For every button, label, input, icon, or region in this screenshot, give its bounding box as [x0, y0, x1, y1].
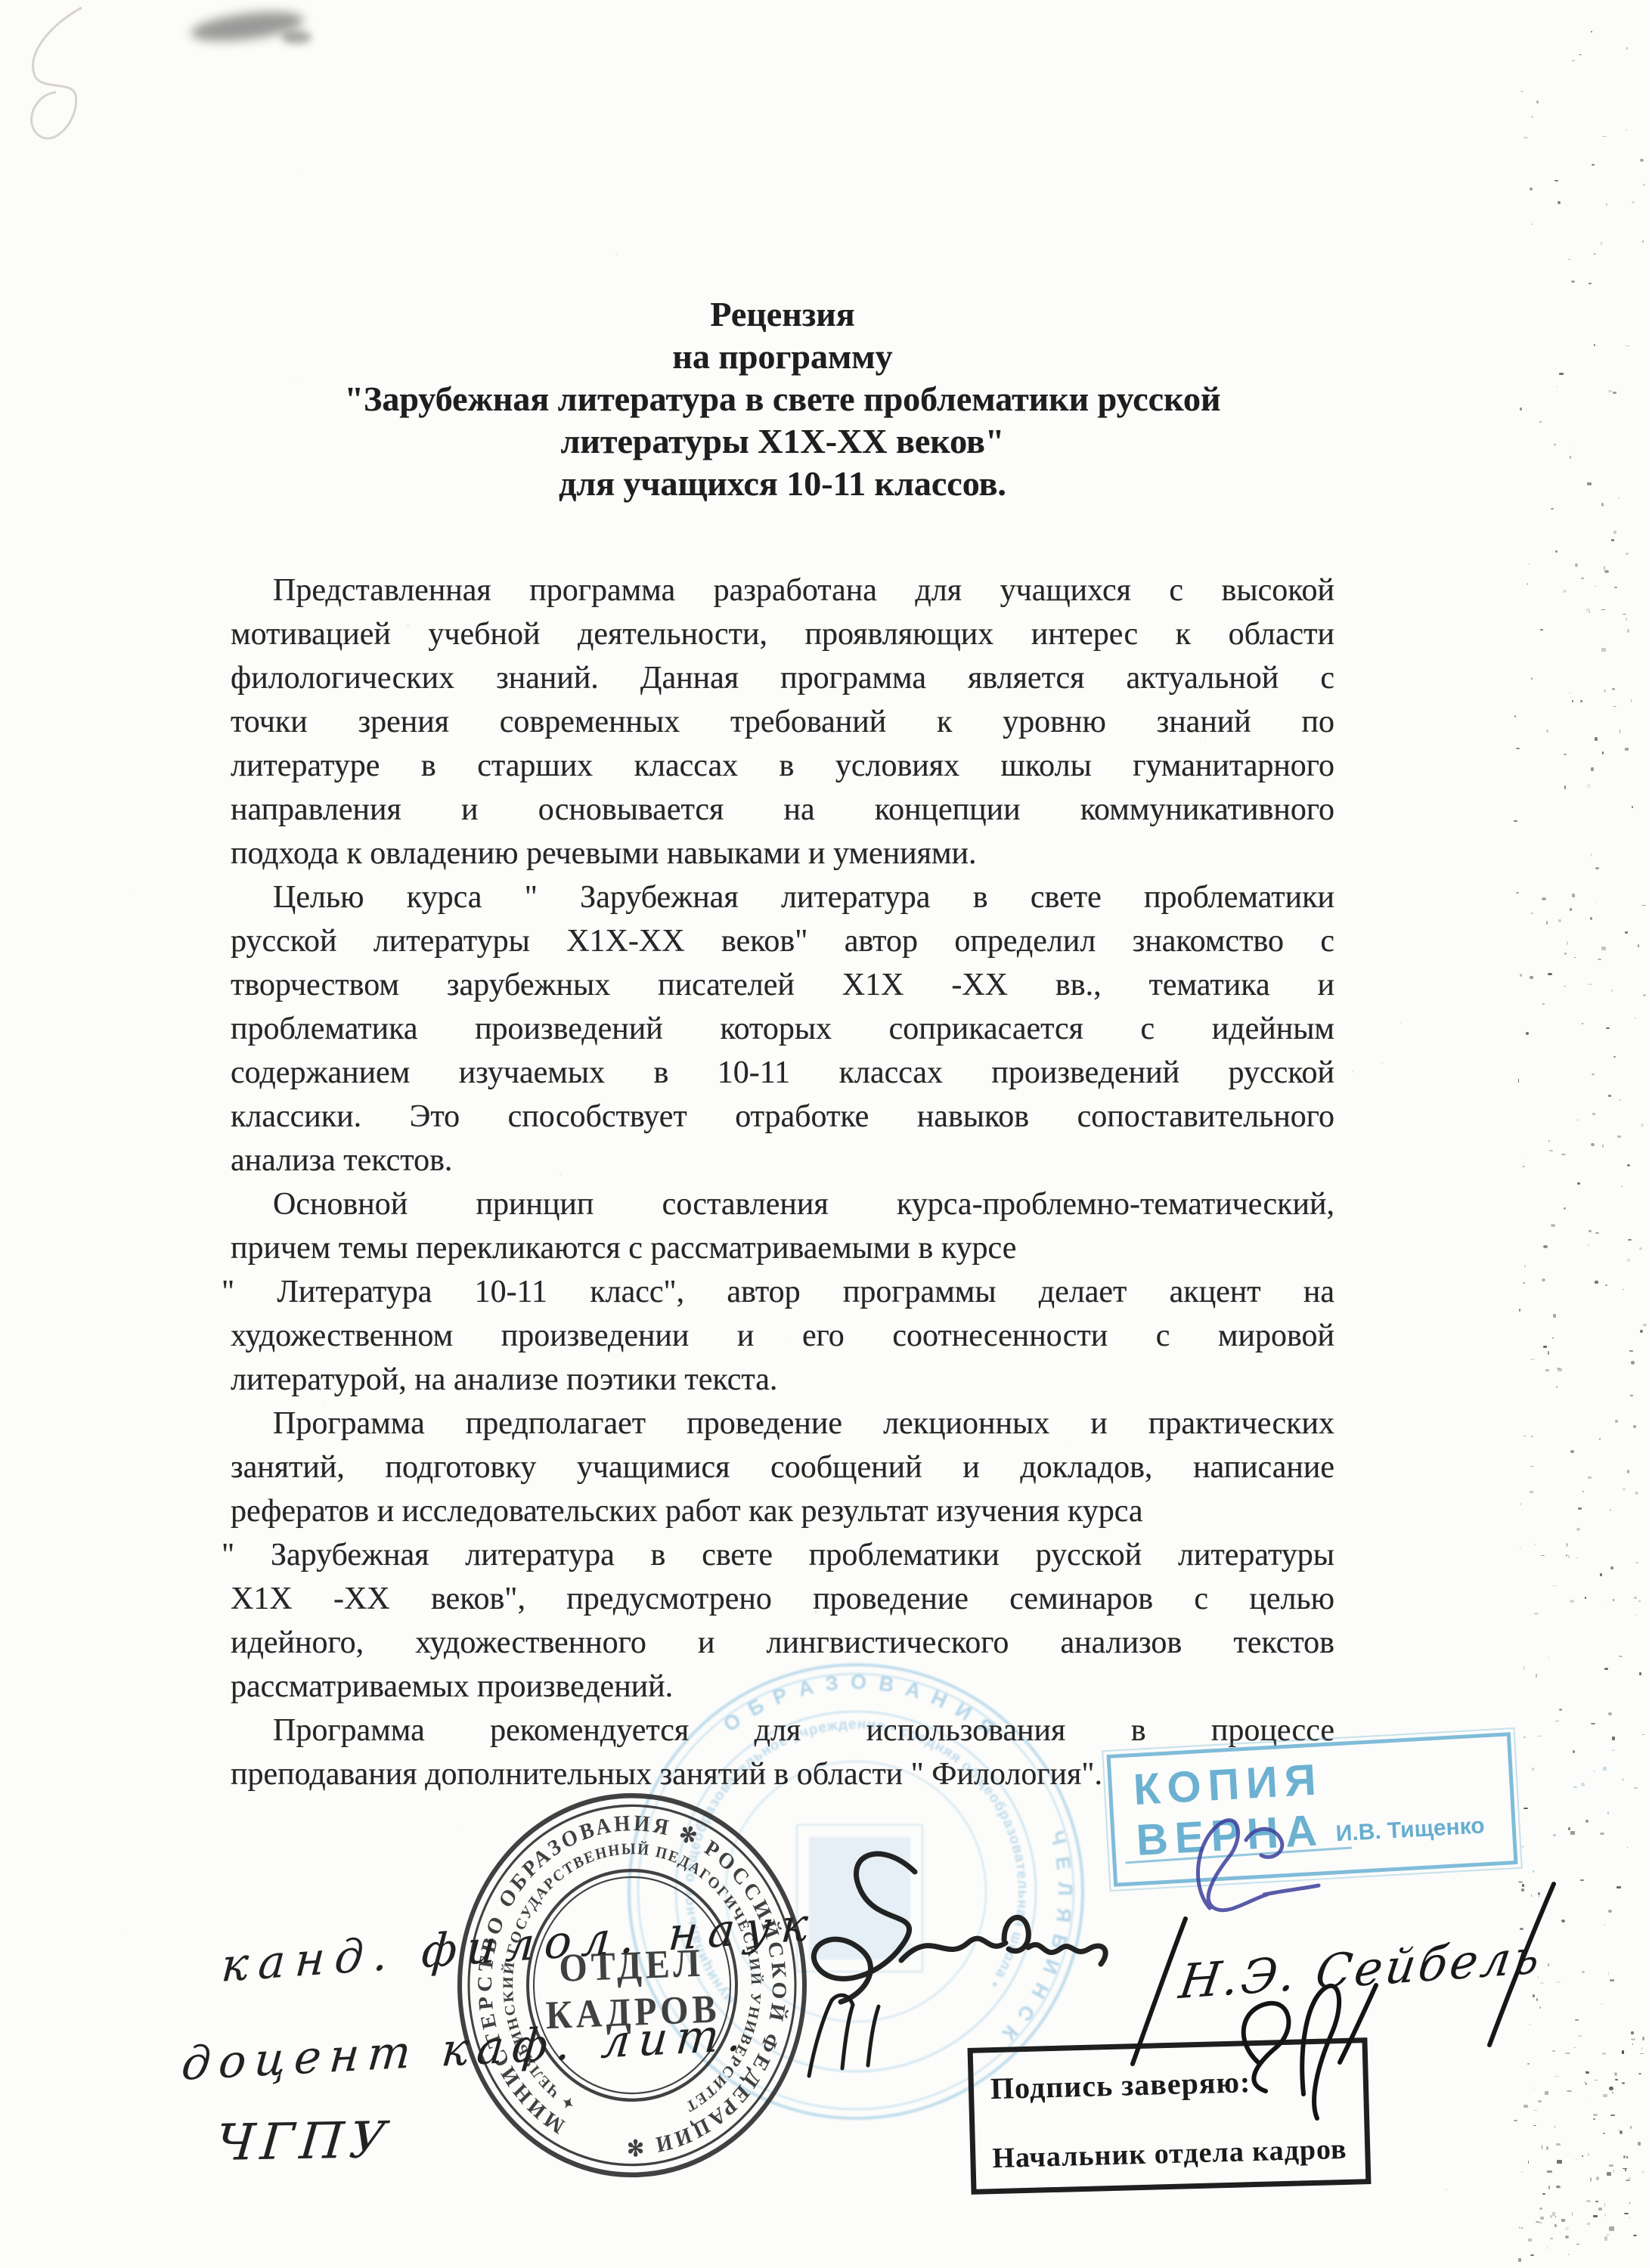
hr-department-round-stamp: МИНИСТЕРСТВО ОБРАЗОВАНИЯ ✻ РОССИЙСКОЙ ФЕ…: [445, 1779, 820, 2192]
noise-speck: [1528, 2161, 1530, 2164]
noise-speck: [1514, 2120, 1517, 2121]
noise-speck: [1628, 1239, 1632, 1241]
noise-speck: [1520, 2227, 1523, 2229]
noise-speck: [1520, 1546, 1520, 1549]
noise-speck: [1609, 2226, 1614, 2230]
noise-speck: [1567, 2090, 1572, 2092]
noise-speck: [129, 891, 131, 892]
noise-speck: [1608, 1910, 1612, 1913]
noise-speck: [1636, 1614, 1637, 1616]
text-line: Представленная программа разработана для…: [231, 569, 1334, 612]
noise-speck: [1581, 578, 1584, 578]
scanned-document-page: О Б Р А З О В А Н И Я Ч Е Л Я Б И Н С К …: [0, 0, 1649, 2268]
noise-speck: [1640, 159, 1644, 162]
noise-speck: [1546, 2146, 1548, 2150]
noise-speck: [1572, 700, 1573, 702]
document-title: Рецензияна программу"Зарубежная литерату…: [231, 293, 1334, 505]
noise-speck: [1523, 1436, 1527, 1437]
noise-speck: [1641, 1123, 1643, 1127]
noise-speck: [1641, 2047, 1643, 2050]
noise-speck: [1573, 1750, 1575, 1753]
noise-speck: [1548, 1657, 1549, 1659]
noise-speck: [1563, 590, 1567, 593]
noise-speck: [1635, 1492, 1638, 1495]
noise-speck: [615, 254, 617, 256]
noise-speck: [1527, 583, 1528, 585]
noise-speck: [127, 1929, 129, 1929]
noise-speck: [1625, 931, 1628, 934]
noise-speck: [1550, 2238, 1553, 2239]
noise-speck: [1596, 2177, 1599, 2180]
noise-speck: [1643, 184, 1645, 186]
noise-speck: [1533, 1870, 1534, 1873]
scan-smudge-small: [281, 30, 312, 44]
noise-speck: [1522, 1166, 1526, 1168]
noise-speck: [1604, 2203, 1605, 2207]
noise-speck: [1591, 767, 1594, 770]
noise-speck: [1588, 984, 1592, 985]
noise-speck: [1569, 692, 1572, 693]
noise-speck: [1400, 1022, 1401, 1024]
text-line: " Зарубежная литература в свете проблема…: [222, 1533, 1334, 1577]
noise-speck: [1579, 54, 1582, 55]
noise-speck: [1604, 1668, 1608, 1670]
noise-speck: [1631, 2031, 1634, 2034]
noise-speck: [1565, 2053, 1570, 2054]
text-line: русской литературы Х1Х-ХХ веков" автор о…: [231, 919, 1334, 963]
noise-speck: [1578, 2035, 1582, 2037]
noise-speck: [1568, 259, 1570, 260]
noise-speck: [1518, 1079, 1519, 1083]
noise-speck: [1523, 1666, 1524, 1670]
noise-speck: [1604, 2236, 1608, 2241]
noise-speck: [1610, 1510, 1611, 1510]
document-body: Представленная программа разработана для…: [231, 569, 1334, 1796]
noise-speck: [1519, 1309, 1520, 1312]
noise-speck: [1542, 1003, 1545, 1005]
noise-speck: [1623, 614, 1626, 615]
noise-speck: [1613, 392, 1616, 395]
noise-speck: [1629, 1350, 1633, 1351]
noise-speck: [1577, 1119, 1579, 1121]
noise-speck: [1587, 482, 1592, 485]
noise-speck: [1526, 1032, 1529, 1035]
title-line: "Зарубежная литература в свете проблемат…: [231, 378, 1334, 420]
noise-speck: [1527, 2063, 1530, 2065]
noise-speck: [1593, 2215, 1598, 2218]
noise-speck: [1548, 973, 1551, 975]
noise-speck: [1546, 730, 1548, 733]
noise-speck: [1588, 1476, 1592, 1479]
noise-speck: [1624, 2213, 1629, 2214]
noise-speck: [1629, 2202, 1630, 2204]
noise-speck: [1631, 2038, 1635, 2040]
noise-speck: [1520, 407, 1522, 410]
pencil-squiggle-artifact: [6, 3, 104, 162]
noise-speck: [1638, 1600, 1641, 1603]
noise-speck: [1633, 1425, 1636, 1428]
noise-speck: [1555, 550, 1558, 552]
noise-speck: [1642, 2171, 1644, 2173]
noise-speck: [1582, 1023, 1582, 1024]
text-line: Программа предполагает проведение лекцио…: [231, 1402, 1334, 1445]
noise-speck: [1585, 2071, 1589, 2074]
noise-speck: [1535, 1544, 1536, 1545]
noise-speck: [1551, 508, 1554, 510]
noise-speck: [1638, 2073, 1641, 2074]
noise-speck: [1589, 1230, 1592, 1232]
noise-speck: [1626, 2156, 1627, 2158]
noise-speck: [1553, 1314, 1556, 1318]
text-line: содержанием изучаемых в 10-11 классах пр…: [231, 1051, 1334, 1095]
noise-speck: [1630, 2126, 1632, 2129]
noise-speck: [1570, 1450, 1574, 1453]
noise-speck: [1620, 2130, 1623, 2134]
title-line: для учащихся 10-11 классов.: [231, 463, 1334, 505]
noise-speck: [1573, 2047, 1576, 2048]
noise-speck: [1603, 2094, 1607, 2096]
noise-speck: [1547, 2246, 1548, 2249]
noise-speck: [1601, 609, 1605, 611]
noise-speck: [1531, 224, 1533, 225]
noise-speck: [1612, 2091, 1613, 2095]
noise-speck: [1620, 730, 1620, 733]
noise-speck: [1591, 31, 1592, 32]
noise-speck: [1602, 751, 1604, 754]
noise-speck: [1545, 2091, 1548, 2096]
text-line: точки зрения современных требований к ур…: [231, 700, 1334, 744]
noise-speck: [1570, 908, 1572, 911]
noise-speck: [1534, 1613, 1539, 1615]
noise-speck: [1533, 2110, 1538, 2112]
noise-speck: [1642, 240, 1644, 243]
noise-speck: [1539, 421, 1542, 423]
noise-speck: [1552, 2212, 1555, 2216]
noise-speck: [1604, 1924, 1606, 1926]
noise-speck: [1639, 1672, 1641, 1675]
noise-speck: [1561, 2219, 1566, 2222]
noise-speck: [1555, 2216, 1556, 2217]
noise-speck: [1589, 612, 1590, 613]
noise-speck: [1610, 2115, 1615, 2116]
noise-speck: [1628, 2177, 1631, 2180]
title-line: на программу: [231, 336, 1334, 378]
noise-speck: [1614, 587, 1618, 588]
noise-speck: [1554, 2125, 1555, 2128]
noise-speck: [1607, 2172, 1611, 2175]
noise-speck: [1572, 60, 1575, 61]
noise-speck: [1606, 203, 1607, 205]
noise-speck: [1603, 1767, 1607, 1771]
noise-speck: [1600, 1833, 1604, 1835]
noise-speck: [1615, 1420, 1617, 1423]
noise-speck: [1537, 1736, 1541, 1737]
noise-speck: [1575, 563, 1577, 567]
noise-speck: [1567, 941, 1568, 945]
noise-speck: [1534, 2087, 1535, 2090]
noise-speck: [1545, 1369, 1549, 1371]
noise-speck: [1555, 1721, 1558, 1721]
noise-speck: [1530, 1491, 1533, 1493]
noise-speck: [1549, 1150, 1553, 1151]
noise-speck: [1530, 1359, 1534, 1360]
noise-speck: [1523, 2105, 1528, 2108]
text-line: филологических знаний. Данная программа …: [231, 656, 1334, 700]
noise-speck: [1626, 618, 1627, 621]
noise-speck: [1595, 902, 1597, 903]
noise-speck: [1381, 1062, 1383, 1064]
noise-speck: [1609, 2087, 1613, 2090]
noise-speck: [1564, 785, 1566, 789]
noise-speck: [1619, 1656, 1623, 1657]
noise-speck: [1523, 1282, 1525, 1284]
noise-speck: [1622, 2050, 1624, 2053]
noise-speck: [1530, 1466, 1534, 1467]
noise-speck: [1627, 629, 1629, 633]
noise-speck: [1595, 2080, 1598, 2081]
noise-speck: [1631, 699, 1632, 702]
noise-speck: [1602, 1145, 1604, 1148]
noise-speck: [1552, 1337, 1554, 1339]
noise-speck: [1528, 2239, 1531, 2242]
text-line: направления и основывается на концепции …: [231, 788, 1334, 832]
noise-speck: [1521, 1154, 1522, 1155]
noise-speck: [1582, 1491, 1584, 1492]
noise-speck: [1627, 1259, 1630, 1262]
noise-speck: [1541, 1555, 1545, 1556]
noise-speck: [1554, 2076, 1559, 2077]
noise-speck: [1629, 2217, 1630, 2218]
noise-speck: [1590, 917, 1592, 920]
noise-speck: [1531, 1436, 1533, 1437]
text-line: Программа рекомендуется для использовани…: [231, 1709, 1334, 1752]
noise-speck: [1568, 1555, 1570, 1558]
noise-speck: [1595, 867, 1599, 869]
text-line: идейного, художественного и лингвистичес…: [231, 1621, 1334, 1665]
text-line: творчеством зарубежных писателей Х1Х -ХХ…: [231, 963, 1334, 1007]
noise-speck: [1539, 2208, 1542, 2211]
text-line: Х1Х -ХХ веков", предусмотрено проведение…: [231, 1577, 1334, 1621]
noise-speck: [1523, 137, 1528, 138]
noise-speck: [1564, 953, 1567, 955]
noise-speck: [1518, 2258, 1521, 2261]
noise-speck: [1514, 715, 1515, 717]
noise-speck: [1558, 919, 1561, 923]
noise-speck: [1536, 101, 1539, 104]
noise-speck: [1532, 116, 1533, 117]
noise-speck: [1542, 2145, 1542, 2149]
noise-speck: [1639, 1247, 1642, 1250]
noise-speck: [1576, 1557, 1579, 1558]
noise-speck: [1619, 1099, 1621, 1100]
noise-speck: [1623, 2155, 1625, 2158]
noise-speck: [1623, 1778, 1623, 1781]
noise-speck: [1557, 1368, 1561, 1369]
noise-speck: [1520, 1503, 1521, 1505]
noise-speck: [1587, 2223, 1589, 2225]
noise-speck: [1615, 2079, 1617, 2081]
noise-speck: [1523, 1808, 1528, 1809]
noise-speck: [1578, 1507, 1582, 1510]
noise-speck: [1626, 47, 1628, 51]
noise-speck: [1586, 2200, 1590, 2202]
noise-speck: [1587, 1244, 1589, 1246]
noise-speck: [1521, 2172, 1523, 2173]
noise-speck: [1612, 1737, 1615, 1740]
noise-speck: [300, 170, 301, 171]
noise-speck: [1564, 754, 1567, 755]
noise-speck: [1567, 1543, 1568, 1547]
noise-speck: [1593, 2114, 1597, 2116]
noise-speck: [1585, 2081, 1585, 2084]
noise-speck: [1536, 1674, 1537, 1677]
noise-speck: [1523, 1737, 1526, 1738]
noise-speck: [1574, 957, 1575, 959]
noise-speck: [1548, 2186, 1550, 2189]
noise-speck: [1613, 2170, 1614, 2171]
noise-speck: [1633, 2235, 1638, 2236]
noise-speck: [1616, 1886, 1621, 1889]
noise-speck: [1606, 1027, 1610, 1029]
noise-speck: [1543, 1346, 1546, 1348]
noise-speck: [1630, 1395, 1633, 1396]
noise-speck: [1531, 677, 1533, 680]
noise-speck: [1643, 994, 1645, 996]
noise-speck: [1638, 2142, 1641, 2146]
noise-speck: [1548, 1351, 1549, 1355]
noise-speck: [1587, 784, 1590, 788]
noise-speck: [1611, 539, 1614, 541]
noise-speck: [1632, 2043, 1634, 2045]
noise-speck: [1592, 164, 1595, 166]
noise-speck: [1626, 553, 1629, 555]
noise-speck: [1626, 345, 1629, 346]
noise-speck: [1572, 894, 1575, 897]
noise-speck: [1607, 1601, 1608, 1603]
signature-slash-right: [1474, 1875, 1565, 2056]
noise-speck: [1585, 2071, 1587, 2072]
noise-speck: [1635, 1562, 1638, 1563]
noise-speck: [1553, 1834, 1556, 1836]
noise-speck: [1595, 737, 1598, 741]
noise-speck: [1604, 2214, 1606, 2217]
noise-speck: [1591, 854, 1592, 857]
text-line: мотивацией учебной деятельности, проявля…: [231, 612, 1334, 656]
title-line: Рецензия: [231, 293, 1334, 336]
noise-speck: [1622, 2082, 1625, 2084]
text-line: Основной принцип составления курса-пробл…: [231, 1182, 1334, 1226]
noise-speck: [1611, 1749, 1614, 1751]
noise-speck: [1601, 947, 1606, 950]
noise-speck: [1581, 1783, 1585, 1786]
noise-speck: [1529, 563, 1530, 565]
noise-speck: [1608, 1095, 1611, 1098]
noise-speck: [1617, 1136, 1621, 1138]
noise-speck: [1584, 2097, 1585, 2098]
text-line: художественном произведении и его соотне…: [231, 1314, 1334, 1358]
noise-speck: [1595, 2201, 1598, 2202]
noise-speck: [1556, 1386, 1558, 1388]
noise-speck: [1519, 2226, 1520, 2229]
noise-speck: [1554, 444, 1557, 445]
noise-speck: [1643, 1324, 1647, 1326]
noise-speck: [1601, 242, 1602, 245]
noise-speck: [1623, 2168, 1627, 2169]
noise-speck: [1625, 2169, 1626, 2171]
noise-speck: [1566, 1554, 1568, 1557]
noise-speck: [1577, 1182, 1580, 1185]
noise-speck: [1580, 1879, 1584, 1881]
noise-speck: [1607, 2234, 1609, 2236]
noise-speck: [1568, 1827, 1570, 1830]
noise-speck: [1614, 2072, 1617, 2076]
noise-speck: [1640, 1330, 1644, 1334]
noise-speck: [1564, 986, 1566, 987]
text-line: проблематика произведений которых соприк…: [231, 1007, 1334, 1051]
noise-speck: [1586, 609, 1591, 611]
noise-speck: [1594, 344, 1595, 346]
noise-speck: [1608, 390, 1612, 392]
hr-chief-signature: [1210, 1969, 1384, 2135]
noise-speck: [1613, 706, 1616, 707]
noise-speck: [1520, 91, 1523, 92]
noise-speck: [1547, 2170, 1552, 2173]
noise-speck: [1594, 586, 1597, 587]
noise-speck: [1542, 2193, 1545, 2194]
noise-speck: [1576, 2158, 1577, 2161]
noise-speck: [1613, 1056, 1616, 1058]
noise-speck: [1514, 820, 1517, 822]
noise-speck: [1593, 2118, 1595, 2120]
noise-speck: [1536, 2221, 1539, 2223]
noise-speck: [1532, 1768, 1534, 1771]
noise-speck: [1530, 2254, 1534, 2257]
noise-speck: [1575, 2019, 1579, 2020]
noise-speck: [1550, 2215, 1553, 2218]
noise-speck: [1564, 1207, 1566, 1210]
noise-speck: [1565, 2227, 1569, 2230]
noise-speck: [1521, 1845, 1524, 1848]
noise-speck: [1589, 283, 1591, 285]
noise-speck: [1546, 921, 1548, 925]
noise-speck: [1631, 1361, 1635, 1364]
noise-speck: [1600, 1573, 1602, 1577]
noise-speck: [1640, 2053, 1644, 2055]
noise-speck: [1619, 2129, 1620, 2132]
noise-speck: [1565, 2235, 1569, 2239]
noise-speck: [1642, 2037, 1644, 2040]
noise-speck: [1605, 1284, 1607, 1286]
noise-speck: [1556, 2143, 1561, 2146]
noise-speck: [1604, 689, 1606, 692]
noise-speck: [1610, 1566, 1613, 1569]
text-line: подхода к овладению речевыми навыками и …: [231, 832, 1334, 875]
noise-speck: [1611, 989, 1612, 991]
handwriting-strokes: [792, 1987, 898, 2100]
noise-speck: [1626, 2180, 1630, 2181]
noise-speck: [1613, 531, 1616, 534]
noise-speck: [1623, 1489, 1626, 1489]
noise-speck: [1559, 1709, 1562, 1711]
noise-speck: [1607, 1811, 1609, 1814]
noise-speck: [1601, 503, 1604, 507]
text-line: рассматриваемых произведений.: [231, 1665, 1334, 1709]
noise-speck: [1573, 1786, 1577, 1788]
noise-speck: [1576, 1528, 1580, 1531]
noise-speck: [1548, 1140, 1549, 1143]
noise-speck: [1520, 974, 1522, 977]
noise-speck: [1602, 136, 1607, 137]
